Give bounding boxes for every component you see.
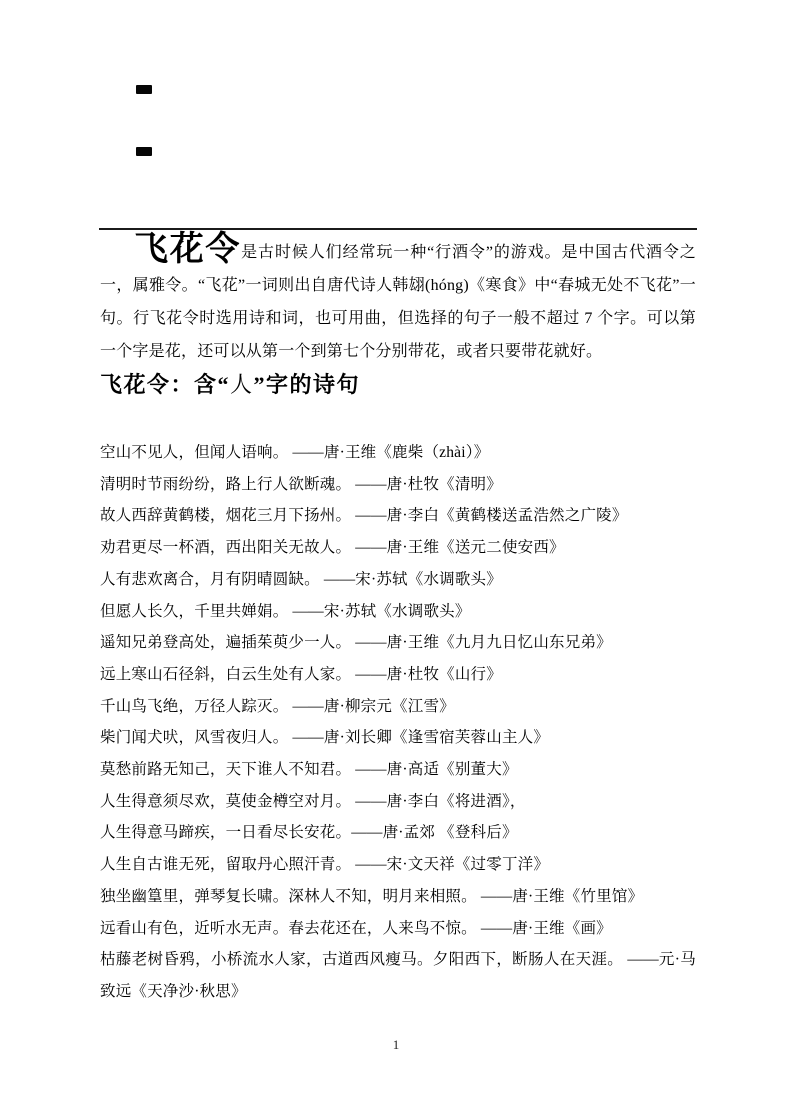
poem-line: 遥知兄弟登高处，遍插茱萸少一人。 ——唐·王维《九月九日忆山东兄弟》 (100, 627, 696, 659)
poem-line: 劝君更尽一杯酒，西出阳关无故人。 ——唐·王维《送元二使安西》 (100, 532, 696, 564)
poem-line: 故人西辞黄鹤楼，烟花三月下扬州。 ——唐·李白《黄鹤楼送孟浩然之广陵》 (100, 500, 696, 532)
poem-line: 莫愁前路无知己，天下谁人不知君。 ——唐·高适《别董大》 (100, 754, 696, 786)
tiny-image-placeholder-icon (136, 147, 152, 156)
horizontal-rule (99, 228, 697, 230)
poem-line: 枯藤老树昏鸦，小桥流水人家，古道西风瘦马。夕阳西下，断肠人在天涯。 ——元·马致… (100, 944, 696, 1007)
document-page: 飞花令是古时候人们经常玩一种“行酒令”的游戏。是中国古代酒令之一，属雅令。“飞花… (0, 0, 792, 1120)
section-heading: 飞花令：含“人”字的诗句 (100, 368, 360, 399)
poem-line: 人生得意须尽欢，莫使金樽空对月。 ——唐·李白《将进酒》， (100, 786, 696, 818)
page-footer: 1 (0, 1037, 792, 1053)
heading-suffix: ”字的诗句 (254, 372, 361, 397)
poem-line: 空山不见人，但闻人语响。 ——唐·王维《鹿柴（zhài）》 (100, 437, 696, 469)
poem-list: 空山不见人，但闻人语响。 ——唐·王维《鹿柴（zhài）》 清明时节雨纷纷，路上… (100, 437, 696, 1008)
poem-line: 人生得意马蹄疾，一日看尽长安花。——唐·孟郊 《登科后》 (100, 817, 696, 849)
poem-line: 人有悲欢离合，月有阴晴圆缺。 ——宋·苏轼《水调歌头》 (100, 564, 696, 596)
heading-keyword: 人 (230, 372, 254, 397)
page-number: 1 (393, 1037, 400, 1052)
intro-lead-title: 飞花令 (134, 231, 241, 268)
poem-line: 清明时节雨纷纷，路上行人欲断魂。 ——唐·杜牧《清明》 (100, 469, 696, 501)
poem-line: 但愿人长久，千里共婵娟。 ——宋·苏轼《水调歌头》 (100, 596, 696, 628)
poem-line: 独坐幽篁里，弹琴复长啸。深林人不知，明月来相照。 ——唐·王维《竹里馆》 (100, 881, 696, 913)
poem-line: 远看山有色，近听水无声。春去花还在，人来鸟不惊。 ——唐·王维《画》 (100, 913, 696, 945)
poem-line: 远上寒山石径斜，白云生处有人家。 ——唐·杜牧《山行》 (100, 659, 696, 691)
poem-line: 人生自古谁无死，留取丹心照汗青。 ——宋·文天祥《过零丁洋》 (100, 849, 696, 881)
intro-paragraph: 飞花令是古时候人们经常玩一种“行酒令”的游戏。是中国古代酒令之一，属雅令。“飞花… (100, 233, 696, 368)
heading-prefix: 飞花令：含“ (100, 372, 230, 397)
poem-line: 柴门闻犬吠，风雪夜归人。 ——唐·刘长卿《逢雪宿芙蓉山主人》 (100, 722, 696, 754)
tiny-image-placeholder-icon (136, 85, 152, 94)
poem-line: 千山鸟飞绝，万径人踪灭。 ——唐·柳宗元《江雪》 (100, 691, 696, 723)
